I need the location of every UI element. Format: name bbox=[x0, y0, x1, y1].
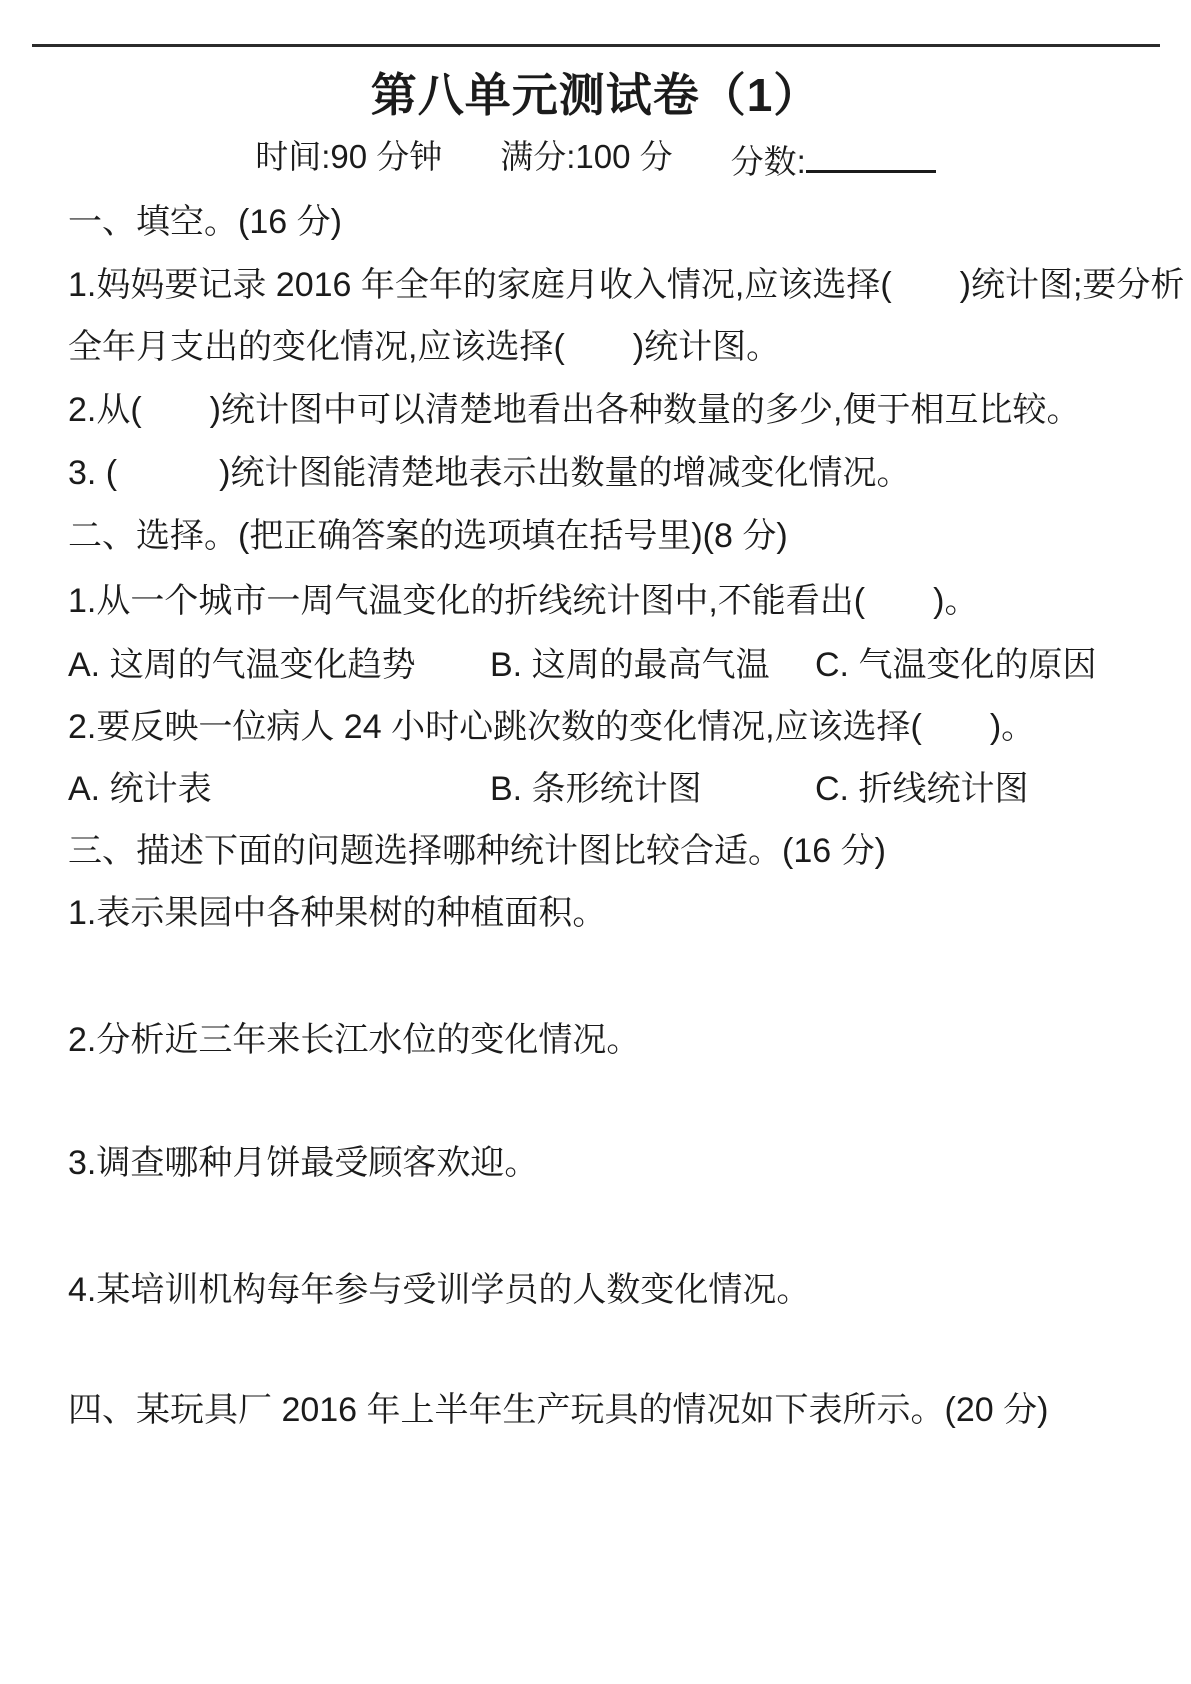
section1-q3: 3. ( )统计图能清楚地表示出数量的增减变化情况。 bbox=[68, 453, 1181, 493]
score-field: 分数: bbox=[731, 137, 936, 182]
score-blank-line bbox=[806, 137, 936, 173]
section2-heading: 二、选择。(把正确答案的选项填在括号里)(8 分) bbox=[68, 516, 1181, 556]
section1-heading: 一、填空。(16 分) bbox=[68, 202, 1181, 242]
section3-q1: 1.表示果园中各种果树的种植面积。 bbox=[68, 893, 1181, 933]
section1-q2: 2.从( )统计图中可以清楚地看出各种数量的多少,便于相互比较。 bbox=[68, 390, 1181, 430]
section2-q2: 2.要反映一位病人 24 小时心跳次数的变化情况,应该选择( )。 bbox=[68, 707, 1181, 747]
section1-q1-line2: 全年月支出的变化情况,应该选择( )统计图。 bbox=[68, 327, 1181, 367]
full-score-label: 满分:100 分 bbox=[500, 137, 672, 182]
section3-q4: 4.某培训机构每年参与受训学员的人数变化情况。 bbox=[68, 1270, 1181, 1310]
section1-q1-line1: 1.妈妈要记录 2016 年全年的家庭月收入情况,应该选择( )统计图;要分析 bbox=[68, 265, 1181, 305]
score-label: 分数: bbox=[731, 142, 806, 182]
option-c: C. 气温变化的原因 bbox=[815, 645, 1096, 685]
option-b: B. 这周的最高气温 bbox=[490, 645, 815, 685]
time-limit-label: 时间:90 分钟 bbox=[255, 137, 442, 182]
header-rule bbox=[32, 44, 1160, 47]
section2-q2-options: A. 统计表 B. 条形统计图 C. 折线统计图 bbox=[68, 769, 1181, 809]
section2-q1-options: A. 这周的气温变化趋势 B. 这周的最高气温 C. 气温变化的原因 bbox=[68, 645, 1181, 685]
option-b: B. 条形统计图 bbox=[490, 769, 815, 809]
section3-heading: 三、描述下面的问题选择哪种统计图比较合适。(16 分) bbox=[68, 831, 1181, 871]
page-title: 第八单元测试卷（1） bbox=[0, 70, 1191, 120]
section3-q2: 2.分析近三年来长江水位的变化情况。 bbox=[68, 1020, 1181, 1060]
section3-q3: 3.调查哪种月饼最受顾客欢迎。 bbox=[68, 1143, 1181, 1183]
paper-meta: 时间:90 分钟 满分:100 分 分数: bbox=[0, 137, 1191, 182]
section4-heading: 四、某玩具厂 2016 年上半年生产玩具的情况如下表所示。(20 分) bbox=[68, 1390, 1181, 1430]
option-a: A. 统计表 bbox=[68, 769, 490, 809]
option-a: A. 这周的气温变化趋势 bbox=[68, 645, 490, 685]
option-c: C. 折线统计图 bbox=[815, 769, 1028, 809]
section2-q1: 1.从一个城市一周气温变化的折线统计图中,不能看出( )。 bbox=[68, 581, 1181, 621]
test-paper-page: 第八单元测试卷（1） 时间:90 分钟 满分:100 分 分数: 一、填空。(1… bbox=[0, 0, 1191, 1684]
